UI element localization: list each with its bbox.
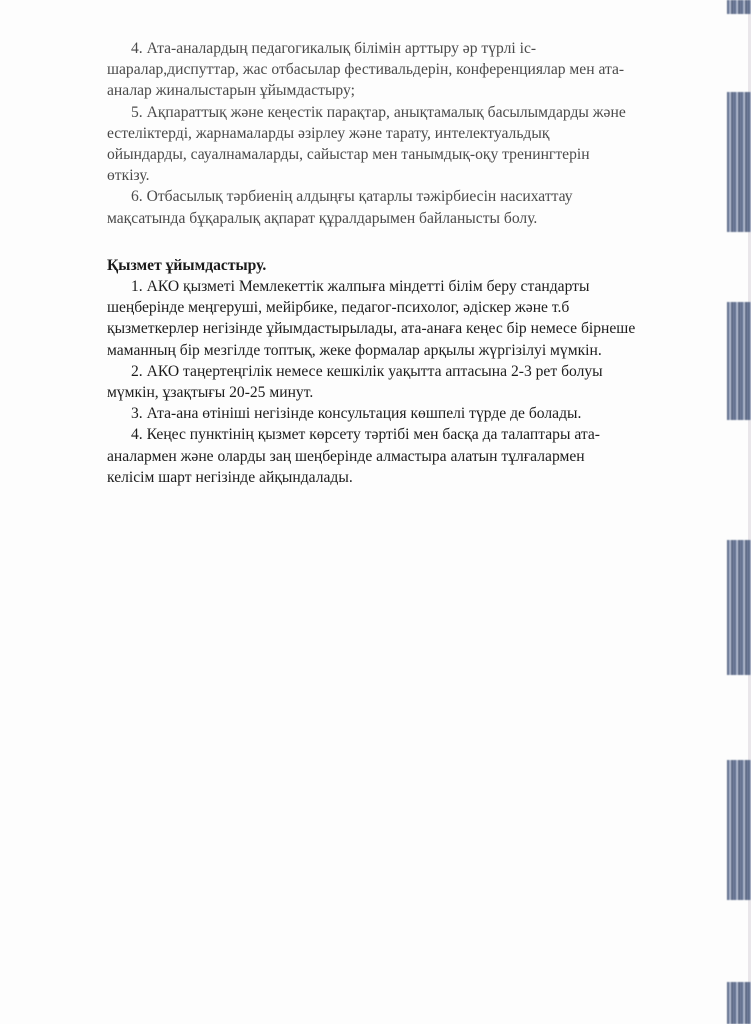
list-item-6: 6. Отбасылық тәрбиенің алдыңғы қатарлы т… (107, 186, 722, 228)
org-item-2: 2. АКО таңертеңгілік немесе кешкілік уақ… (107, 361, 722, 403)
section-heading: Қызмет ұйымдастыру. (107, 255, 722, 276)
org-item-3: 3. Ата-ана өтініші негізінде консультаци… (107, 403, 722, 424)
text-line: аналармен және оларды заң шеңберінде алм… (107, 446, 722, 467)
list-item-5: 5. Ақпараттық және кеңестік парақтар, ан… (107, 102, 722, 187)
text-line: ойындарды, сауалнамаларды, сайыстар мен … (107, 144, 722, 165)
text-line: естеліктерді, жарнамаларды әзірлеу және … (107, 123, 722, 144)
scan-smudge (727, 0, 751, 14)
scan-smudge (727, 540, 751, 675)
text-line: 6. Отбасылық тәрбиенің алдыңғы қатарлы т… (107, 186, 722, 207)
org-item-1: 1. АКО қызметі Мемлекеттік жалпыға мінде… (107, 276, 722, 361)
text-line: 3. Ата-ана өтініші негізінде консультаци… (107, 403, 722, 424)
scan-smudge (727, 92, 751, 232)
text-line: қызметкерлер негізінде ұйымдастырылады, … (107, 318, 722, 339)
text-line: 4. Кеңес пунктінің қызмет көрсету тәртіб… (107, 424, 722, 445)
text-line: шаралар,диспуттар, жас отбасылар фестива… (107, 59, 722, 80)
text-line: маманның бір мезгілде топтық, жеке форма… (107, 340, 722, 361)
scan-smudge (727, 302, 751, 420)
text-line: өткізу. (107, 165, 722, 186)
text-line: мүмкін, ұзақтығы 20-25 минут. (107, 382, 722, 403)
scan-smudge (727, 760, 751, 900)
paragraph-gap (107, 229, 722, 255)
scanned-page: 4. Ата-аналардың педагогикалық білімін а… (0, 0, 751, 1024)
scan-smudge (727, 982, 751, 1024)
org-item-4: 4. Кеңес пунктінің қызмет көрсету тәртіб… (107, 424, 722, 488)
text-line: аналар жиналыстарын ұйымдастыру; (107, 80, 722, 101)
text-line: 1. АКО қызметі Мемлекеттік жалпыға мінде… (107, 276, 722, 297)
text-line: 5. Ақпараттық және кеңестік парақтар, ан… (107, 102, 722, 123)
text-line: 4. Ата-аналардың педагогикалық білімін а… (107, 38, 722, 59)
text-line: шеңберінде меңгеруші, мейірбике, педагог… (107, 297, 722, 318)
text-line: мақсатында бұқаралық ақпарат құралдарыме… (107, 208, 722, 229)
list-item-4: 4. Ата-аналардың педагогикалық білімін а… (107, 38, 722, 102)
text-line: келісім шарт негізінде айқындалады. (107, 467, 722, 488)
text-line: 2. АКО таңертеңгілік немесе кешкілік уақ… (107, 361, 722, 382)
document-body: 4. Ата-аналардың педагогикалық білімін а… (107, 38, 722, 488)
